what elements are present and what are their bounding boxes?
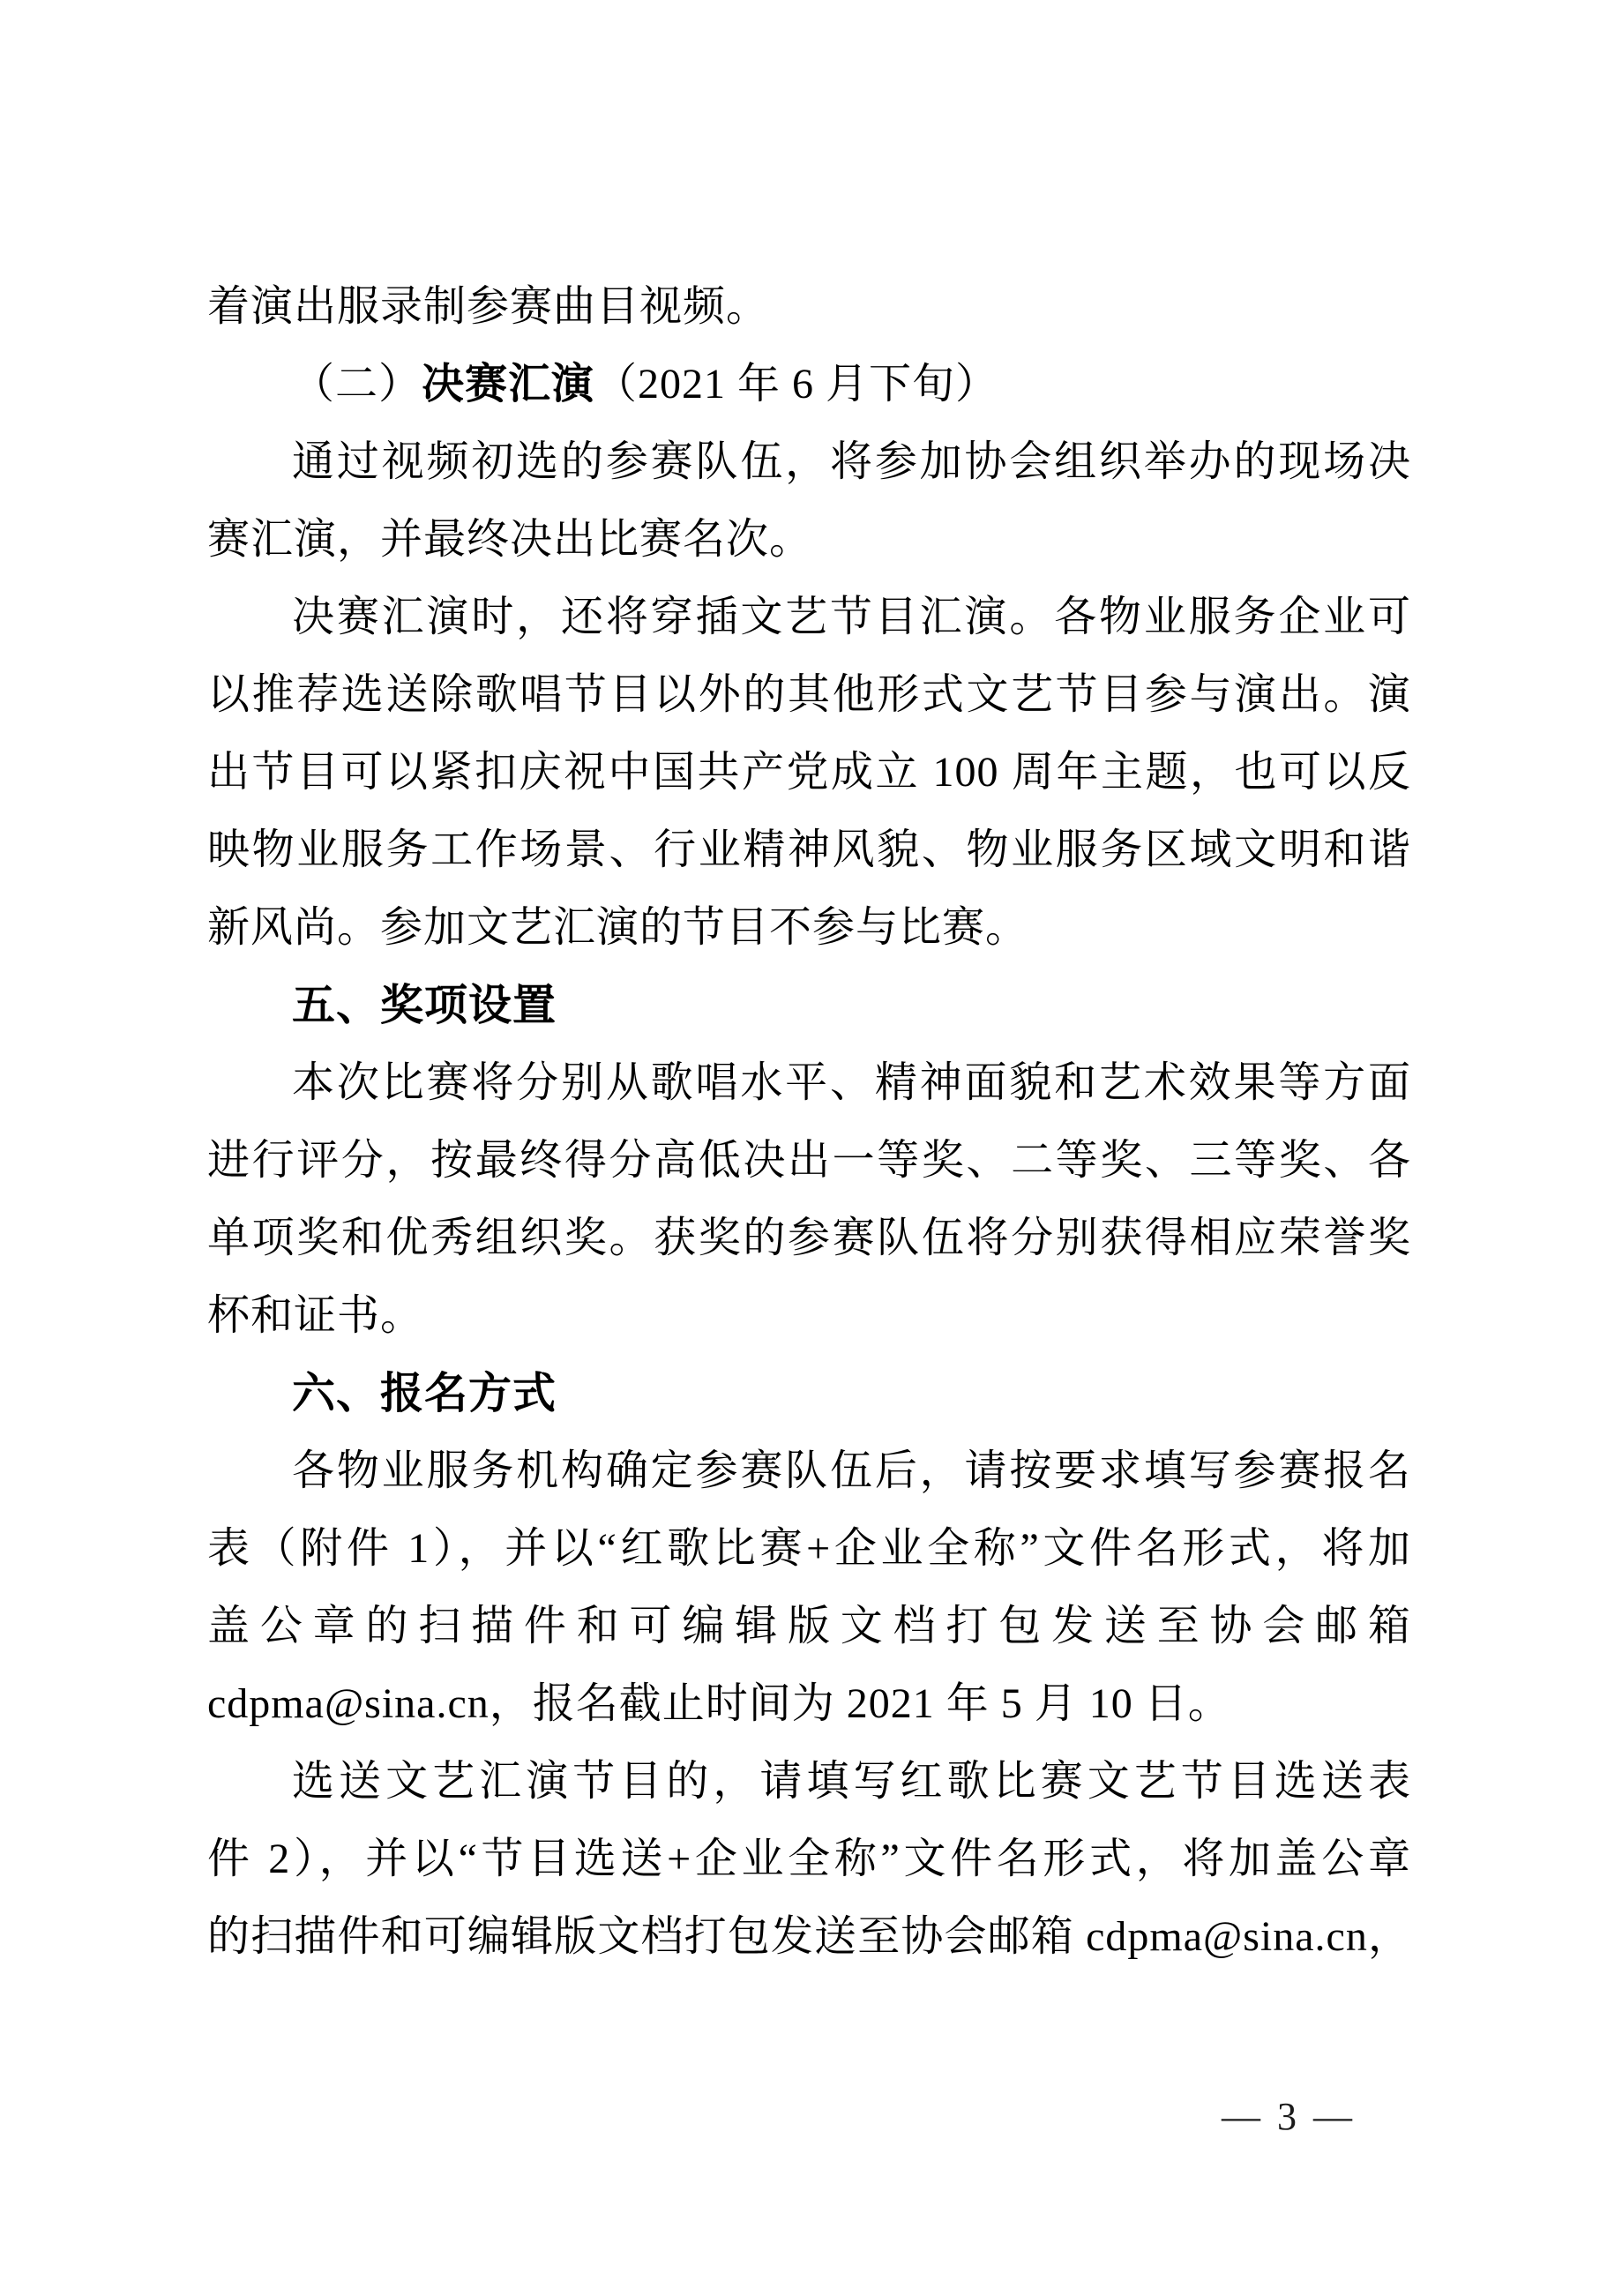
paragraph: 决赛汇演时，还将穿插文艺节目汇演。各物业服务企业可 以推荐选送除歌唱节目以外的其… (207, 579, 1411, 967)
paragraph: 本次比赛将分别从歌唱水平、精神面貌和艺术效果等方面 进行评分，按最终得分高低决出… (207, 1044, 1411, 1355)
text-line: cdpma@sina.cn，报名截止时间为 2021 年 5 月 10 日。 (207, 1665, 1411, 1743)
text-line: 以推荐选送除歌唱节目以外的其他形式文艺节目参与演出。演 (207, 656, 1411, 734)
text-line: 赛汇演，并最终决出比赛名次。 (207, 501, 1411, 579)
sub-heading-suffix: （2021 年 6 月下旬） (594, 361, 998, 408)
text-line: 件 2），并以“节目选送+企业全称”文件名形式，将加盖公章 (207, 1821, 1411, 1898)
paragraph: 各物业服务机构确定参赛队伍后，请按要求填写参赛报名 表（附件 1），并以“红歌比… (207, 1432, 1411, 1743)
sub-heading-prefix: （二） (292, 361, 422, 408)
document-body: 着演出服录制参赛曲目视频。 （二）决赛汇演（2021 年 6 月下旬） 通过视频… (207, 268, 1411, 1976)
text-line: 决赛汇演时，还将穿插文艺节目汇演。各物业服务企业可 (207, 579, 1411, 656)
text-line: 的扫描件和可编辑版文档打包发送至协会邮箱 cdpma@sina.cn， (207, 1898, 1411, 1976)
text-line: 各物业服务机构确定参赛队伍后，请按要求填写参赛报名 (207, 1432, 1411, 1510)
section-heading-signup: 六、报名方式 (207, 1355, 1411, 1432)
text-line: 进行评分，按最终得分高低决出一等奖、二等奖、三等奖、各 (207, 1122, 1411, 1200)
text-line: 表（附件 1），并以“红歌比赛+企业全称”文件名形式，将加 (207, 1510, 1411, 1588)
text-line: 选送文艺汇演节目的，请填写红歌比赛文艺节目选送表（附 (207, 1743, 1411, 1821)
sub-heading: （二）决赛汇演（2021 年 6 月下旬） (207, 346, 1411, 423)
text-line: 杯和证书。 (207, 1277, 1411, 1355)
text-line: 单项奖和优秀组织奖。获奖的参赛队伍将分别获得相应荣誉奖 (207, 1200, 1411, 1277)
text-line: 新风尚。参加文艺汇演的节目不参与比赛。 (207, 889, 1411, 967)
text-line: 盖公章的扫描件和可编辑版文档打包发送至协会邮箱 (207, 1588, 1411, 1665)
document-page: 着演出服录制参赛曲目视频。 （二）决赛汇演（2021 年 6 月下旬） 通过视频… (0, 0, 1622, 2296)
text-line: 着演出服录制参赛曲目视频。 (207, 268, 1411, 346)
paragraph: 选送文艺汇演节目的，请填写红歌比赛文艺节目选送表（附 件 2），并以“节目选送+… (207, 1743, 1411, 1976)
paragraph: 通过视频初选的参赛队伍，将参加协会组织举办的现场决 赛汇演，并最终决出比赛名次。 (207, 423, 1411, 579)
text-line: 出节目可以紧扣庆祝中国共产党成立 100 周年主题，也可以反 (207, 734, 1411, 811)
page-number: — 3 — (1222, 2078, 1416, 2156)
text-line: 映物业服务工作场景、行业精神风貌、物业服务区域文明和谐 (207, 811, 1411, 889)
sub-heading-title: 决赛汇演 (422, 361, 594, 408)
text-line: 本次比赛将分别从歌唱水平、精神面貌和艺术效果等方面 (207, 1044, 1411, 1122)
text-line: 通过视频初选的参赛队伍，将参加协会组织举办的现场决 (207, 423, 1411, 501)
section-heading-awards: 五、奖项设置 (207, 967, 1411, 1044)
